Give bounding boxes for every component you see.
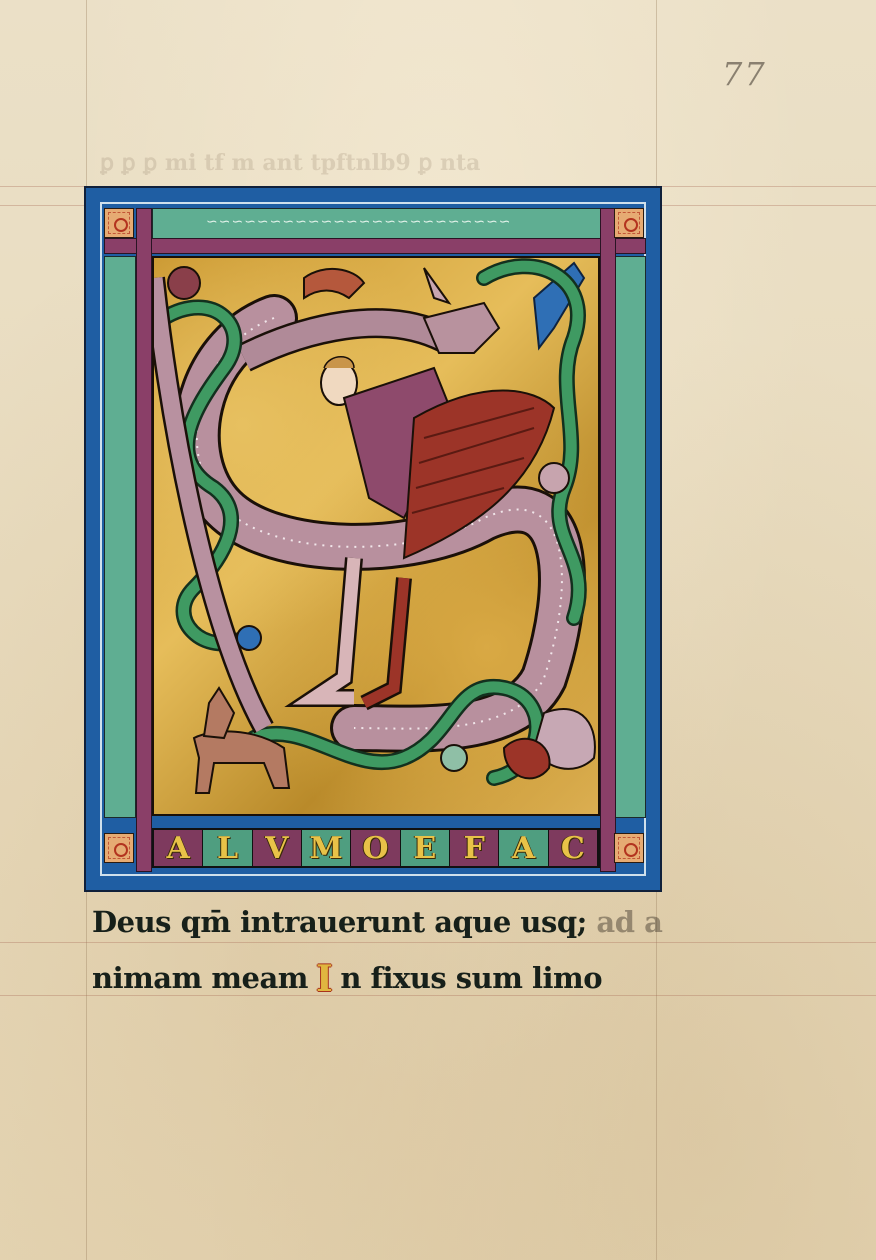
left-green-band bbox=[104, 256, 136, 818]
caption-letter: C bbox=[549, 830, 597, 866]
caption-letter: E bbox=[401, 830, 449, 866]
top-purple-bar bbox=[104, 238, 646, 254]
text-line-2-end: n fixus sum limo bbox=[340, 961, 602, 995]
corner-rosette-top-right bbox=[614, 208, 644, 238]
text-line-1: Deus qm̄ intrauerunt aque usq; ad a bbox=[92, 905, 662, 939]
text-line-1-faded: ad a bbox=[587, 905, 663, 939]
text-line-1-main: Deus qm̄ intrauerunt aque usq; bbox=[92, 905, 587, 939]
caption-letter-row: A L V M O E F A C bbox=[152, 828, 600, 868]
caption-letter: M bbox=[302, 830, 350, 866]
caption-letter: F bbox=[450, 830, 498, 866]
decorated-initial-I: I bbox=[316, 958, 332, 1000]
corner-rosette-bottom-left bbox=[104, 833, 134, 863]
caption-letter: V bbox=[253, 830, 301, 866]
dragon-and-man-illustration bbox=[154, 258, 600, 816]
text-line-2-start: nimam meam bbox=[92, 961, 308, 995]
left-purple-bar bbox=[136, 208, 152, 872]
right-green-band bbox=[614, 256, 646, 818]
illumination-frame: ∽∽∽∽∽∽∽∽∽∽∽∽∽∽∽∽∽∽∽∽∽∽∽∽ bbox=[84, 186, 662, 892]
manuscript-page: 77 ꝑ ꝑ ꝑ mi tf m ant tpftnlb9 ꝑ nta ∽∽∽∽… bbox=[0, 0, 876, 1260]
caption-letter: A bbox=[154, 830, 202, 866]
corner-rosette-top-left bbox=[104, 208, 134, 238]
corner-rosette-bottom-right bbox=[614, 833, 644, 863]
caption-letter: L bbox=[203, 830, 251, 866]
caption-letter: O bbox=[351, 830, 399, 866]
folio-number: 77 bbox=[722, 55, 767, 93]
historiated-initial-image bbox=[152, 256, 600, 816]
right-purple-bar bbox=[600, 208, 616, 872]
caption-letter: A bbox=[499, 830, 547, 866]
text-line-2: nimam meamIn fixus sum limo bbox=[92, 955, 602, 997]
wave-ornament: ∽∽∽∽∽∽∽∽∽∽∽∽∽∽∽∽∽∽∽∽∽∽∽∽ bbox=[206, 214, 512, 230]
show-through-text: ꝑ ꝑ ꝑ mi tf m ant tpftnlb9 ꝑ nta bbox=[100, 150, 660, 176]
ruling-line bbox=[0, 942, 876, 943]
